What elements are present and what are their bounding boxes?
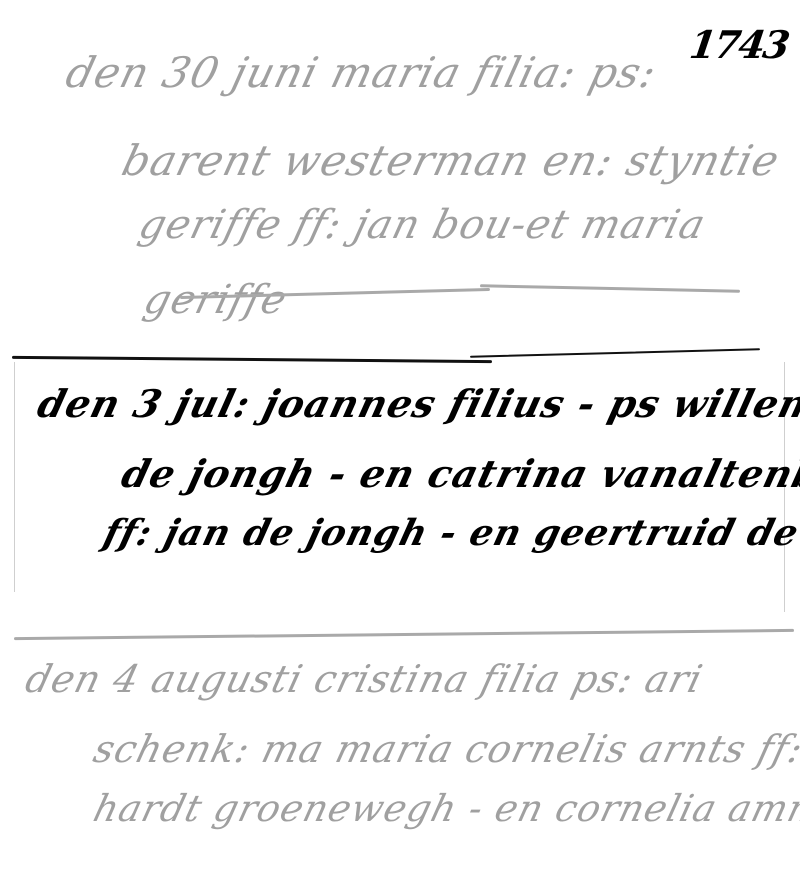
entry-3-line-3: hardt groenewegh - en cornelia ammerlaen	[90, 790, 800, 827]
entry-divider-top	[12, 356, 492, 363]
entry-1-end-flourish-right	[480, 284, 740, 292]
entry-1-line-2: barent westerman en: styntie	[118, 140, 784, 182]
entry-2-line-1: den 3 jul: joannes filius - ps willem	[34, 385, 800, 423]
entry-3-line-2: schenk: ma maria cornelis arnts ff:	[90, 730, 800, 768]
entry-divider-bottom	[14, 629, 794, 640]
entry-divider-top-right	[470, 348, 760, 358]
entry-2-line-3: ff: jan de jongh - en geertruid de jongh…	[100, 515, 800, 551]
entry-2-line-2: de jongh - en catrina vanaltenburg:	[118, 455, 800, 493]
entry-1-line-3: geriffe ff: jan bou-et maria	[135, 205, 710, 245]
scan-edge-left	[14, 362, 15, 592]
entry-1-line-4: geriffe	[140, 280, 291, 320]
page-number: 1743	[687, 22, 791, 67]
entry-3-line-1: den 4 augusti cristina filia ps: ari	[22, 660, 707, 698]
entry-1-line-1: den 30 juni maria filia: ps:	[62, 52, 661, 94]
